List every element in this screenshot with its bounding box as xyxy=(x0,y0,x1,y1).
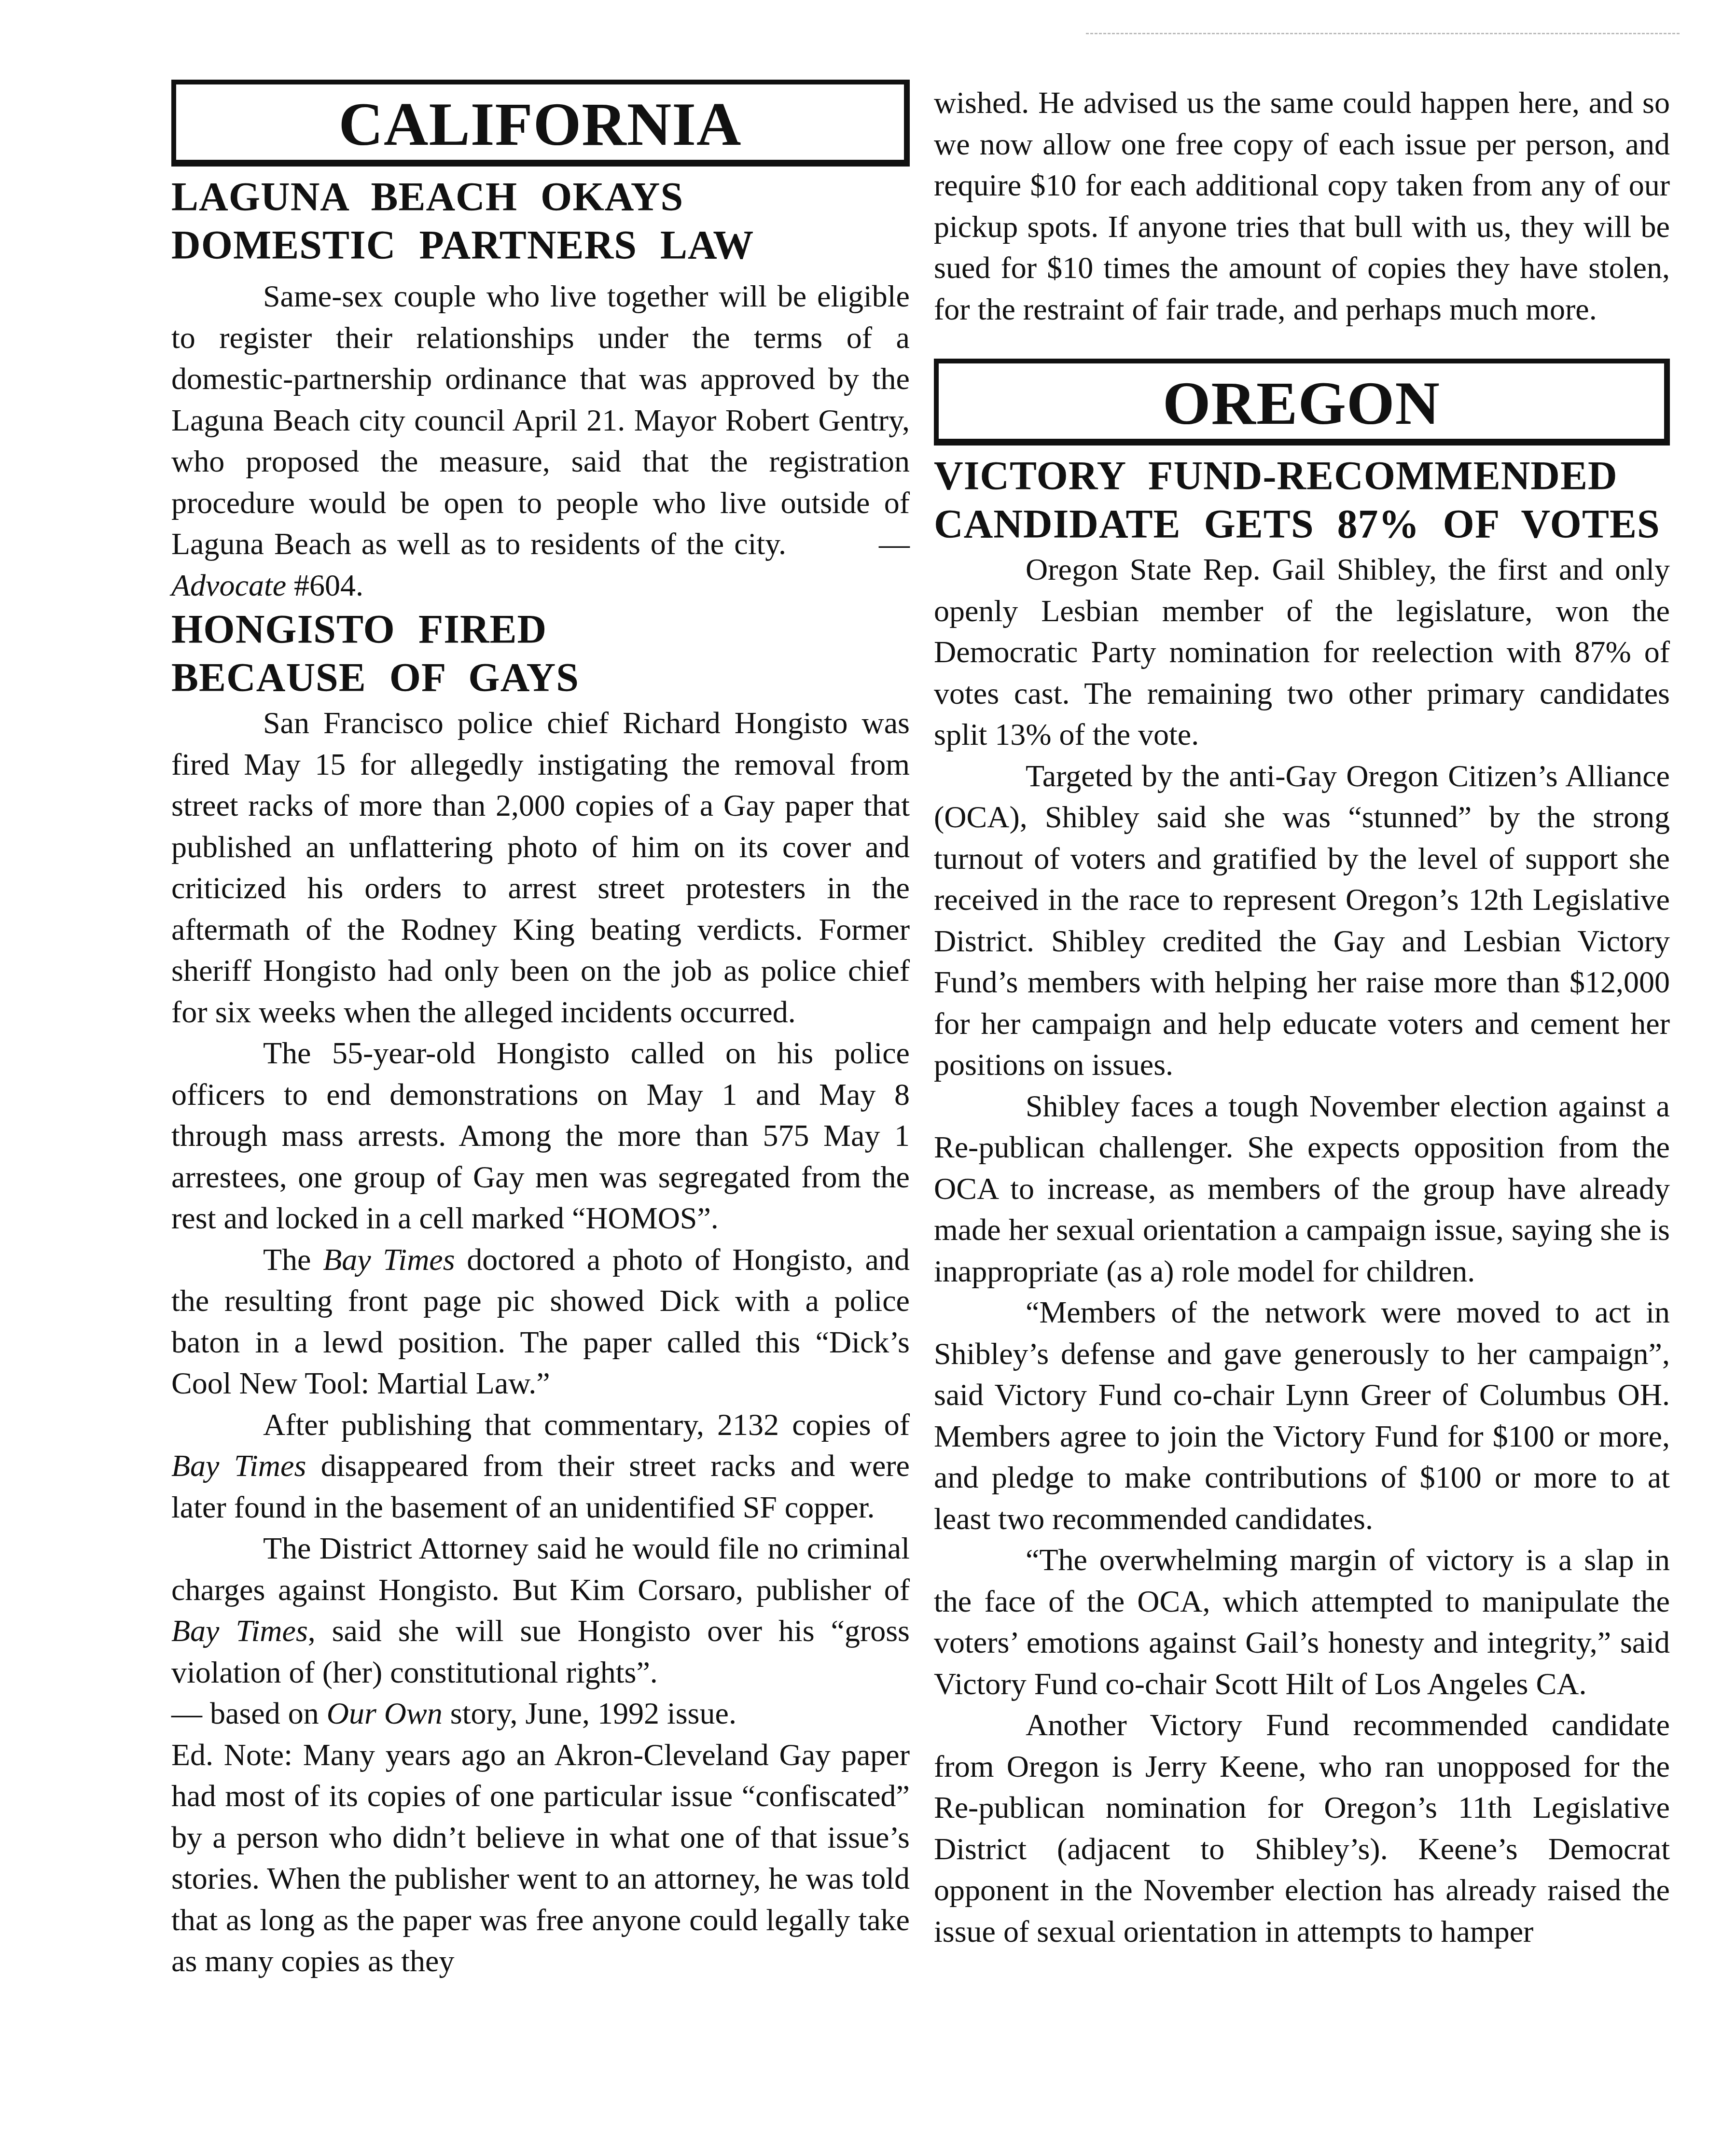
headline-hongisto-fired: HONGISTO FIRED BECAUSE OF GAYS xyxy=(171,606,910,702)
left-column: CALIFORNIA LAGUNA BEACH OKAYS DOMESTIC P… xyxy=(171,80,910,1982)
article-paragraph: The 55-year-old Hongisto called on his p… xyxy=(171,1032,910,1239)
source-issue: #604. xyxy=(294,568,363,602)
article-paragraph: San Francisco police chief Richard Hongi… xyxy=(171,702,910,1032)
publication-name: Our Own xyxy=(327,1696,443,1730)
article-paragraph: Targeted by the anti-Gay Oregon Citizen’… xyxy=(934,755,1670,1086)
article-paragraph: After publishing that commentary, 2132 c… xyxy=(171,1404,910,1528)
article-paragraph: Shibley faces a tough November election … xyxy=(934,1086,1670,1292)
publication-name: Bay Times xyxy=(171,1614,308,1648)
section-title-california: CALIFORNIA xyxy=(171,80,910,167)
page-top-rule xyxy=(1086,33,1680,34)
publication-name: Bay Times xyxy=(171,1449,306,1483)
article-paragraph: Same-sex couple who live together will b… xyxy=(171,276,910,606)
right-column: wished. He advised us the same could hap… xyxy=(934,82,1670,1952)
headline-line: DOMESTIC PARTNERS LAW xyxy=(171,222,910,270)
article-paragraph: Oregon State Rep. Gail Shibley, the firs… xyxy=(934,549,1670,755)
headline-laguna-beach: LAGUNA BEACH OKAYS DOMESTIC PARTNERS LAW xyxy=(171,173,910,270)
headline-line: HONGISTO FIRED xyxy=(171,606,910,654)
headline-line: LAGUNA BEACH OKAYS xyxy=(171,173,910,222)
article-paragraph: “Members of the network were moved to ac… xyxy=(934,1292,1670,1539)
publication-name: Bay Times xyxy=(323,1242,455,1277)
article-credit: — based on Our Own story, June, 1992 iss… xyxy=(171,1693,910,1734)
article-paragraph: The Bay Times doctored a photo of Hongis… xyxy=(171,1239,910,1404)
headline-victory-fund: VICTORY FUND-RECOMMENDED CANDIDATE GETS … xyxy=(934,452,1670,549)
headline-line: CANDIDATE GETS 87% OF VOTES xyxy=(934,501,1670,549)
section-title-oregon: OREGON xyxy=(934,359,1670,446)
editor-note: Ed. Note: Many years ago an Akron-Clevel… xyxy=(171,1734,910,1982)
article-paragraph: Another Victory Fund recommended candida… xyxy=(934,1704,1670,1952)
headline-line: BECAUSE OF GAYS xyxy=(171,654,910,702)
source-publication: Advocate xyxy=(171,568,286,602)
continued-paragraph: wished. He advised us the same could hap… xyxy=(934,82,1670,330)
article-paragraph: The District Attorney said he would file… xyxy=(171,1528,910,1693)
headline-line: VICTORY FUND-RECOMMENDED xyxy=(934,452,1670,501)
source-dash: — xyxy=(879,527,910,561)
article-paragraph: “The overwhelming margin of victory is a… xyxy=(934,1539,1670,1704)
